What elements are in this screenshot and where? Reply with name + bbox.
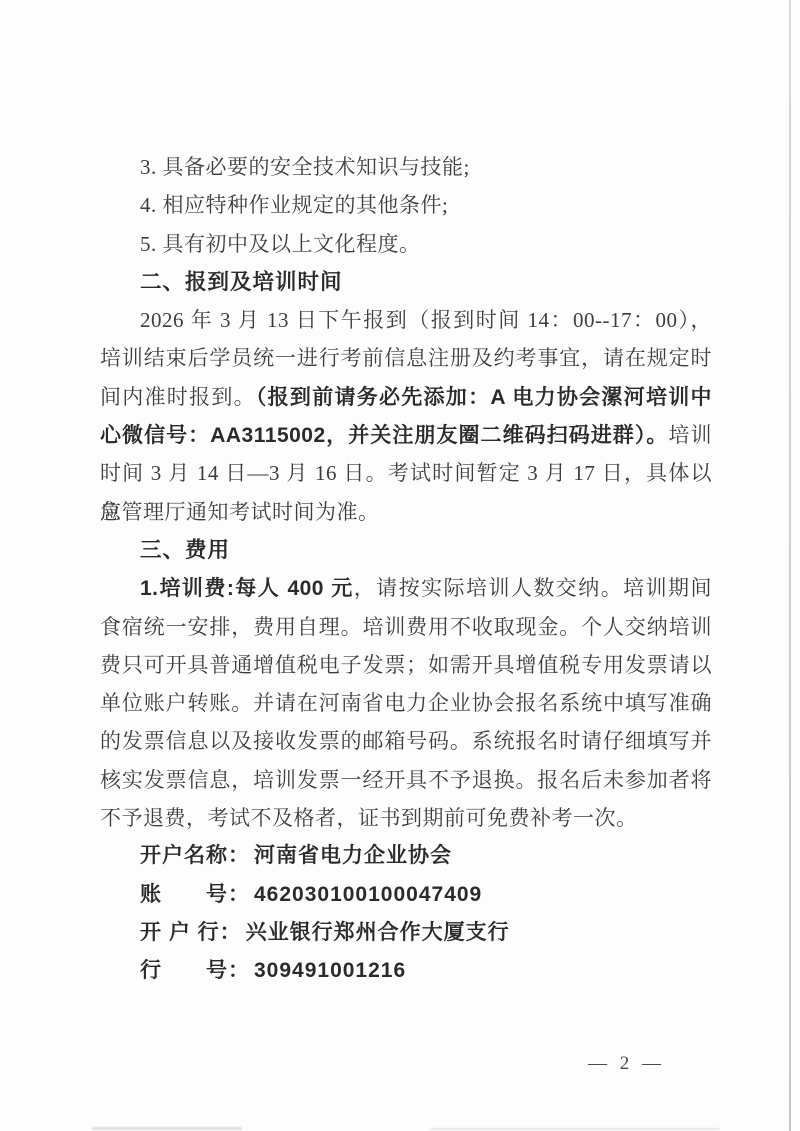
bank-value: 河南省电力企业协会 xyxy=(254,844,452,867)
bank-label: 账 号： xyxy=(140,883,250,906)
list-item-5: 5. 具有初中及以上文化程度。 xyxy=(100,225,712,263)
bank-value: 309491001216 xyxy=(254,959,406,982)
paragraph-line: 费只可开具普通增值税电子发票；如需开具增值税专用发票请以 xyxy=(100,646,712,684)
wechat-notice-bold: （报到前请务必先添加：A 电力协会漯河培训中 xyxy=(256,386,712,409)
paragraph-line: 食宿统一安排，费用自理。培训费用不收取现金。个人交纳培训 xyxy=(100,608,712,646)
paragraph-line: 急管理厅通知考试时间为准。 xyxy=(100,493,712,531)
paragraph-line: 2026 年 3 月 13 日下午报到（报到时间 14：00--17：00）， xyxy=(100,301,712,339)
paragraph-line: 的发票信息以及接收发票的邮箱号码。系统报名时请仔细填写并 xyxy=(100,722,712,760)
paragraph-line: 间内准时报到。（报到前请务必先添加：A 电力协会漯河培训中 xyxy=(100,378,712,416)
paragraph-line: 不予退费，考试不及格者，证书到期前可免费补考一次。 xyxy=(100,799,712,837)
scan-edge-line xyxy=(789,0,791,1131)
wechat-id-bold: 心微信号：AA3115002，并关注朋友圈二维码扫码进群）。 xyxy=(100,424,668,447)
training-fee-bold: 1.培训费:每人 400 元 xyxy=(140,577,354,600)
bank-row-account-name: 开户名称：河南省电力企业协会 xyxy=(100,837,712,875)
scan-smudge xyxy=(92,1127,242,1130)
bank-value: 兴业银行郑州合作大厦支行 xyxy=(246,921,510,944)
bank-label: 开户名称： xyxy=(140,844,250,867)
scan-smudge xyxy=(430,1128,720,1130)
bank-value: 462030100100047409 xyxy=(254,883,482,906)
bank-row-bank-number: 行 号：309491001216 xyxy=(100,952,712,990)
section-heading-2: 二、报到及培训时间 xyxy=(100,263,712,301)
paragraph-text: ，请按实际培训人数交纳。培训期间 xyxy=(354,576,712,600)
bank-row-bank-branch: 开 户 行：兴业银行郑州合作大厦支行 xyxy=(100,914,712,952)
bank-label: 行 号： xyxy=(140,959,250,982)
paragraph-line: 培训结束后学员统一进行考前信息注册及约考事宜，请在规定时 xyxy=(100,339,712,377)
paragraph-line: 时间 3 月 14 日—3 月 16 日。考试时间暂定 3 月 17 日，具体以… xyxy=(100,454,712,492)
paragraph-text: 培训 xyxy=(668,423,712,447)
document-body: 3. 具备必要的安全技术知识与技能; 4. 相应特种作业规定的其他条件; 5. … xyxy=(100,148,712,991)
bank-label: 开 户 行： xyxy=(140,921,242,944)
paragraph-line: 核实发票信息，培训发票一经开具不予退换。报名后未参加者将 xyxy=(100,761,712,799)
paragraph-text: 间内准时报到。 xyxy=(100,385,256,409)
section-heading-3: 三、费用 xyxy=(100,531,712,569)
bank-row-account-number: 账 号：462030100100047409 xyxy=(100,876,712,914)
paragraph-line: 心微信号：AA3115002，并关注朋友圈二维码扫码进群）。培训 xyxy=(100,416,712,454)
paragraph-line: 单位账户转账。并请在河南省电力企业协会报名系统中填写准确 xyxy=(100,684,712,722)
list-item-3: 3. 具备必要的安全技术知识与技能; xyxy=(100,148,712,186)
list-item-4: 4. 相应特种作业规定的其他条件; xyxy=(100,186,712,224)
document-page: 3. 具备必要的安全技术知识与技能; 4. 相应特种作业规定的其他条件; 5. … xyxy=(0,0,800,1131)
paragraph-line: 1.培训费:每人 400 元，请按实际培训人数交纳。培训期间 xyxy=(100,569,712,607)
page-number: — 2 — xyxy=(588,1049,665,1079)
